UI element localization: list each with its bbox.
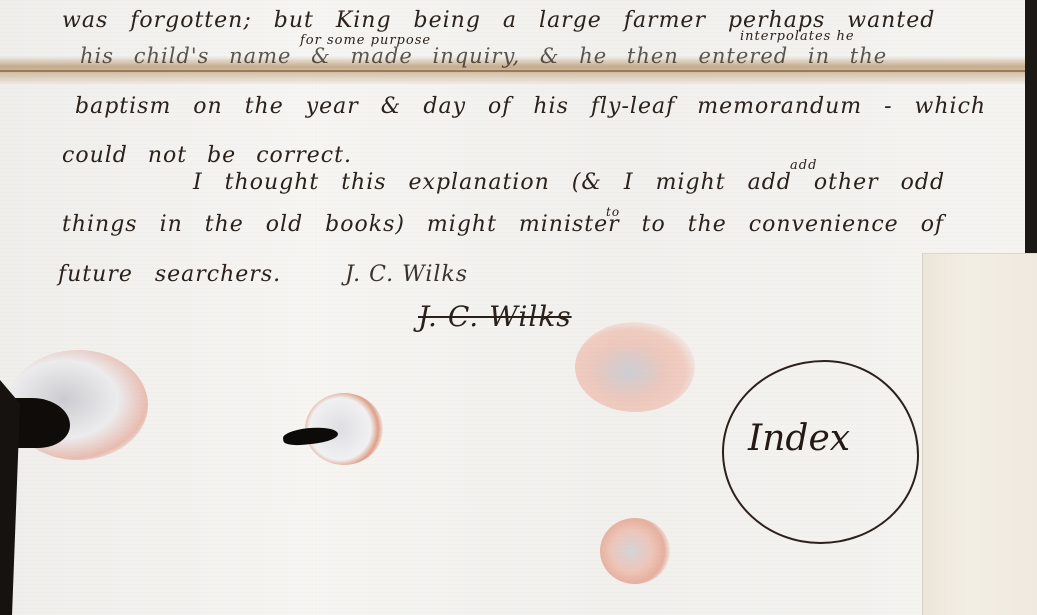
seal-stain-right xyxy=(575,322,695,412)
text-line-3: baptism on the year & day of his fly-lea… xyxy=(75,94,986,119)
manuscript-scan: was forgotten; but King being a large fa… xyxy=(0,0,1037,615)
fold-line xyxy=(0,70,1025,72)
text-line-6: things in the old books) might minister … xyxy=(62,212,944,237)
signature-inline: J. C. Wilks xyxy=(345,262,468,287)
text-line-5: I thought this explanation (& I might ad… xyxy=(193,170,945,195)
vertical-crease xyxy=(313,0,316,615)
text-line-2: his child's name & made inquiry, & he th… xyxy=(80,44,887,68)
signature-struck-through: J. C. Wilks xyxy=(418,300,572,333)
index-label: Index xyxy=(748,418,850,459)
text-line-7: future searchers. xyxy=(58,262,281,287)
background-edge xyxy=(1025,0,1037,255)
insertion-interpolates: interpolates he xyxy=(740,29,855,44)
text-line-4: could not be correct. xyxy=(62,143,352,168)
seal-stain-bottom xyxy=(600,518,670,584)
overlapping-paper-slip xyxy=(922,253,1037,615)
